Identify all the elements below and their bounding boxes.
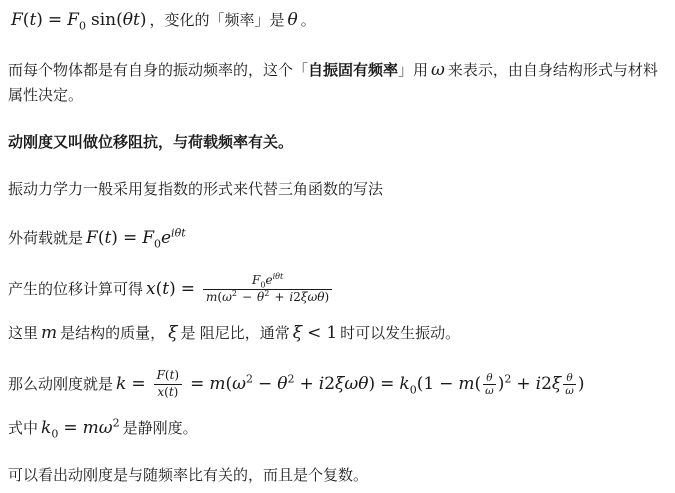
math-token: ξωθ xyxy=(335,374,368,394)
math-token: m xyxy=(206,290,217,304)
math-token: 2 xyxy=(324,374,335,394)
math-token: k xyxy=(41,418,51,438)
math-token: = xyxy=(58,418,82,438)
paragraph-8: 那么动刚度就是k=F(t)x(t)=m(ω2−θ2+i2ξωθ)=k0(1−m(… xyxy=(8,369,665,400)
text-run: 是结构的质量， xyxy=(60,325,165,342)
math-token: + xyxy=(295,374,319,394)
math-token: ) xyxy=(578,374,585,394)
math-token: mω xyxy=(83,418,113,438)
math-token: ) xyxy=(169,279,176,299)
math-token: ) xyxy=(325,290,330,304)
math-token: ) xyxy=(111,228,118,248)
math-token: F xyxy=(11,10,23,30)
text-run: 」用 xyxy=(398,62,428,79)
math-token: + xyxy=(269,290,289,304)
math-superscript: iθt xyxy=(273,272,284,281)
math-token: θ xyxy=(287,10,297,30)
paragraph-2: 而每个物体都是有自身的振动频率的，这个「自振固有频率」用ω来表示，由自身结构形式… xyxy=(8,56,665,109)
math-formula: ω xyxy=(431,60,445,80)
text-run: 这里 xyxy=(8,325,38,342)
math-fraction: θω xyxy=(483,372,496,397)
fraction-denominator: ω xyxy=(563,385,576,397)
math-subscript: 0 xyxy=(79,19,86,32)
text-run: 是静刚度。 xyxy=(123,420,198,437)
math-token: F xyxy=(86,228,98,248)
article-body: F(t)=F0sin(θt)，变化的「频率」是θ。而每个物体都是有自身的振动频率… xyxy=(8,6,665,488)
math-token: = xyxy=(185,374,209,394)
math-token: ω xyxy=(565,385,574,397)
math-token: − xyxy=(253,374,277,394)
paragraph-9: 式中k0=mω2是静刚度。 xyxy=(8,414,665,442)
math-fraction: F(t)x(t) xyxy=(154,369,183,400)
text-run: 而每个物体都是有自身的振动频率的，这个「 xyxy=(8,62,308,79)
text-run: 那么动刚度就是 xyxy=(8,376,113,393)
math-token: − xyxy=(434,374,458,394)
math-formula: F(t)=F0eiθt xyxy=(86,228,186,248)
math-token: x xyxy=(146,279,156,299)
math-formula: k=F(t)x(t)=m(ω2−θ2+i2ξωθ)=k0(1−m(θω)2+i2… xyxy=(116,374,584,394)
text-run: 外荷载就是 xyxy=(8,230,83,247)
math-token: 2 xyxy=(293,290,301,304)
math-token: = xyxy=(43,10,67,30)
paragraph-10: 可以看出动刚度是与随频率比有关的，而且是个复数。 xyxy=(8,464,665,489)
paragraph-6: 产生的位移计算可得x(t)=F0eiθtm(ω2−θ2+i2ξωθ) xyxy=(8,274,665,305)
math-token: F xyxy=(142,228,154,248)
math-token: m xyxy=(458,374,474,394)
bold-text-run: 动刚度又叫做位移阻抗，与荷载频率有关。 xyxy=(8,134,293,151)
math-superscript: iθt xyxy=(171,227,186,240)
math-formula: ξ xyxy=(168,323,177,343)
bold-text-run: 自振固有频率 xyxy=(308,62,398,79)
math-formula: F(t)=F0sin(θt) xyxy=(11,10,146,30)
math-fraction: θω xyxy=(563,372,576,397)
math-token: θ xyxy=(277,374,287,394)
math-token: F xyxy=(157,368,165,382)
math-token: ( xyxy=(116,10,123,30)
math-token: = xyxy=(176,279,200,299)
math-token: 2 xyxy=(541,374,552,394)
text-run: 是 阻尼比，通常 xyxy=(181,325,290,342)
math-token: ξ xyxy=(552,374,561,394)
math-token: = xyxy=(118,228,142,248)
fraction-numerator: θ xyxy=(563,372,576,385)
text-run: ，变化的「频率」是 xyxy=(149,12,284,29)
text-run: 可以看出动刚度是与随频率比有关的，而且是个复数。 xyxy=(8,467,368,484)
fraction-numerator: θ xyxy=(483,372,496,385)
math-token: θ xyxy=(566,372,572,384)
math-superscript: 2 xyxy=(246,372,253,385)
math-fraction: F0eiθtm(ω2−θ2+i2ξωθ) xyxy=(203,274,332,305)
math-token: 1 xyxy=(326,323,337,343)
math-subscript: 0 xyxy=(154,238,161,251)
math-token: e xyxy=(265,273,272,287)
math-token: θ xyxy=(486,372,492,384)
paragraph-7: 这里m是结构的质量，ξ是 阻尼比，通常ξ<1时可以发生振动。 xyxy=(8,319,665,347)
math-token: ξ xyxy=(168,323,177,343)
math-token: k xyxy=(399,374,409,394)
math-formula: x(t)=F0eiθtm(ω2−θ2+i2ξωθ) xyxy=(146,279,335,299)
math-token: < xyxy=(302,323,326,343)
math-token: θt xyxy=(123,10,140,30)
math-token: ξωθ xyxy=(301,290,325,304)
math-token: m xyxy=(209,374,225,394)
fraction-denominator: ω xyxy=(483,385,496,397)
text-run: 。 xyxy=(301,12,316,29)
math-token: ω xyxy=(485,385,494,397)
math-superscript: 2 xyxy=(288,372,295,385)
fraction-denominator: x(t) xyxy=(154,385,183,400)
math-token: + xyxy=(511,374,535,394)
math-superscript: 2 xyxy=(113,416,120,429)
math-token: − xyxy=(237,290,257,304)
math-token: sin xyxy=(86,10,116,30)
math-formula: ξ<1 xyxy=(293,323,337,343)
math-token: = xyxy=(126,374,150,394)
math-formula: m xyxy=(41,323,57,343)
math-token: ω xyxy=(232,374,246,394)
paragraph-3: 动刚度又叫做位移阻抗，与荷载频率有关。 xyxy=(8,131,665,156)
fraction-numerator: F0eiθt xyxy=(203,274,332,290)
math-token: k xyxy=(116,374,126,394)
math-token: F xyxy=(67,10,79,30)
paragraph-5: 外荷载就是F(t)=F0eiθt xyxy=(8,224,665,252)
math-token: ω xyxy=(431,60,445,80)
math-token: ξ xyxy=(293,323,302,343)
math-subscript: 0 xyxy=(410,383,417,396)
math-token: ω xyxy=(222,290,232,304)
math-token: ) xyxy=(174,368,179,382)
math-token: ) xyxy=(36,10,43,30)
fraction-denominator: m(ω2−θ2+i2ξωθ) xyxy=(203,290,332,305)
math-formula: θ xyxy=(287,10,297,30)
math-formula: k0=mω2 xyxy=(41,418,120,438)
math-token: ) xyxy=(140,10,147,30)
paragraph-1: F(t)=F0sin(θt)，变化的「频率」是θ。 xyxy=(8,6,665,34)
text-run: 产生的位移计算可得 xyxy=(8,281,143,298)
paragraph-4: 振动力学力一般采用复指数的形式来代替三角函数的写法 xyxy=(8,178,665,203)
text-run: 式中 xyxy=(8,420,38,437)
math-token: ) xyxy=(174,385,179,399)
math-token: e xyxy=(161,228,171,248)
text-run: 时可以发生振动。 xyxy=(340,325,460,342)
math-token: 1 xyxy=(423,374,434,394)
math-token: m xyxy=(41,323,57,343)
text-run: 振动力学力一般采用复指数的形式来代替三角函数的写法 xyxy=(8,181,383,198)
math-token: = xyxy=(375,374,399,394)
math-token: ( xyxy=(475,374,482,394)
fraction-numerator: F(t) xyxy=(154,369,183,385)
